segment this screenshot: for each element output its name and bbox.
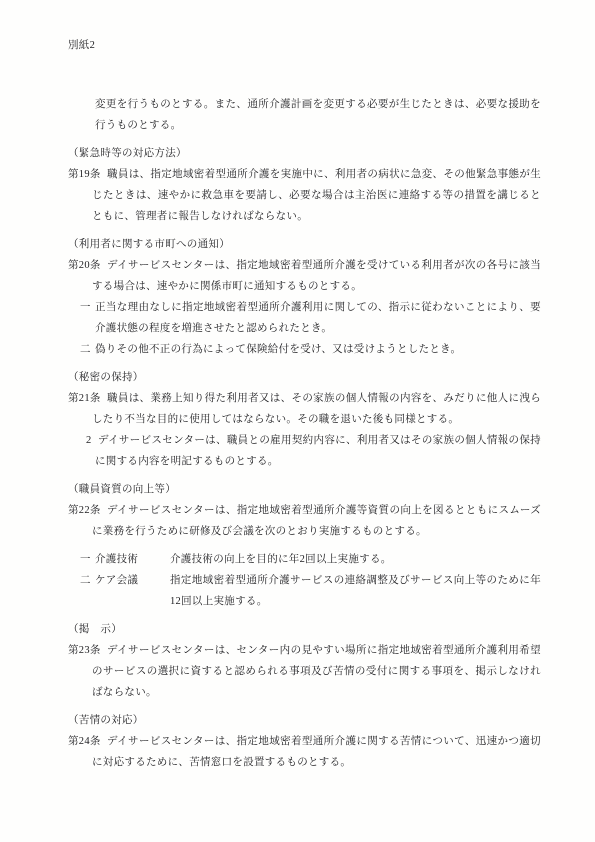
article-number: 第20条 [68,255,101,276]
article-text: デイサービスセンターは、指定地域密着型通所介護等資質の向上を図るとともにスムーズ… [92,500,541,542]
item-marker: 一 [80,549,91,570]
article-20: 第20条 デイサービスセンターは、指定地域密着型通所介護を受けている利用者が次の… [92,255,541,297]
article-number: 第24条 [68,731,101,752]
list-item: 一 介護技術 介護技術の向上を目的に年2回以上実施する。 [170,549,541,570]
item-text: 偽りその他不正の行為によって保険給付を受け、又は受けようとしたとき。 [95,339,541,360]
section-heading: （秘密の保持） [68,367,541,388]
intro-paragraph: 変更を行うものとする。また、通所介護計画を変更する必要が生じたときは、必要な援助… [95,94,541,136]
section-heading: （苦情の対応） [68,710,541,731]
article-text: 職員は、業務上知り得た利用者又は、その家族の個人情報の内容を、みだりに他人に洩ら… [92,388,541,430]
item-text: 指定地域密着型通所介護サービスの連絡調整及びサービス向上等のために年12回以上実… [170,570,541,612]
section-complaints: （苦情の対応） 第24条 デイサービスセンターは、指定地域密着型通所介護に関する… [68,710,541,773]
item-marker: 二 [80,570,91,591]
item-text: 介護技術の向上を目的に年2回以上実施する。 [170,549,541,570]
attachment-label: 別紙2 [68,35,541,56]
article-number: 第19条 [68,164,101,185]
sub-paragraph-number: 2 [86,430,92,451]
article-24: 第24条 デイサービスセンターは、指定地域密着型通所介護に関する苦情について、迅… [92,731,541,773]
item-term: ケア会議 [95,570,138,591]
article-21: 第21条 職員は、業務上知り得た利用者又は、その家族の個人情報の内容を、みだりに… [92,388,541,430]
section-posting: （掲 示） 第23条 デイサービスセンターは、センター内の見やすい場所に指定地域… [68,619,541,703]
section-notification-to-municipality: （利用者に関する市町への通知） 第20条 デイサービスセンターは、指定地域密着型… [68,234,541,360]
list-item: 一 正当な理由なしに指定地域密着型通所介護利用に関しての、指示に従わないことによ… [95,297,541,339]
section-heading: （職員資質の向上等） [68,479,541,500]
article-text: デイサービスセンターは、指定地域密着型通所介護を受けている利用者が次の各号に該当… [92,255,541,297]
item-marker: 二 [80,339,91,360]
article-text: デイサービスセンターは、指定地域密着型通所介護に関する苦情について、迅速かつ適切… [92,731,541,773]
section-staff-quality: （職員資質の向上等） 第22条 デイサービスセンターは、指定地域密着型通所介護等… [68,479,541,612]
article-19: 第19条 職員は、指定地域密着型通所介護を実施中に、利用者の病状に急変、その他緊… [92,164,541,227]
item-marker: 一 [80,297,91,318]
article-number: 第22条 [68,500,101,521]
section-heading: （掲 示） [68,619,541,640]
article-number: 第21条 [68,388,101,409]
section-confidentiality: （秘密の保持） 第21条 職員は、業務上知り得た利用者又は、その家族の個人情報の… [68,367,541,472]
sub-paragraph-text: デイサービスセンターは、職員との雇用契約内容に、利用者又はその家族の個人情報の保… [95,430,541,472]
item-text: 正当な理由なしに指定地域密着型通所介護利用に関しての、指示に従わないことにより、… [95,297,541,339]
section-emergency-procedures: （緊急時等の対応方法） 第19条 職員は、指定地域密着型通所介護を実施中に、利用… [68,143,541,227]
item-term: 介護技術 [95,549,138,570]
article-text: デイサービスセンターは、センター内の見やすい場所に指定地域密着型通所介護利用希望… [92,640,541,703]
training-list: 一 介護技術 介護技術の向上を目的に年2回以上実施する。 二 ケア会議 指定地域… [68,549,541,612]
list-item: 二 偽りその他不正の行為によって保険給付を受け、又は受けようとしたとき。 [95,339,541,360]
article-23: 第23条 デイサービスセンターは、センター内の見やすい場所に指定地域密着型通所介… [92,640,541,703]
article-22: 第22条 デイサービスセンターは、指定地域密着型通所介護等資質の向上を図るととも… [92,500,541,542]
section-heading: （緊急時等の対応方法） [68,143,541,164]
document-page: 別紙2 変更を行うものとする。また、通所介護計画を変更する必要が生じたときは、必… [0,0,595,842]
article-number: 第23条 [68,640,101,661]
sub-paragraph: 2 デイサービスセンターは、職員との雇用契約内容に、利用者又はその家族の個人情報… [95,430,541,472]
section-heading: （利用者に関する市町への通知） [68,234,541,255]
article-text: 職員は、指定地域密着型通所介護を実施中に、利用者の病状に急変、その他緊急事態が生… [92,164,541,227]
list-item: 二 ケア会議 指定地域密着型通所介護サービスの連絡調整及びサービス向上等のために… [170,570,541,612]
